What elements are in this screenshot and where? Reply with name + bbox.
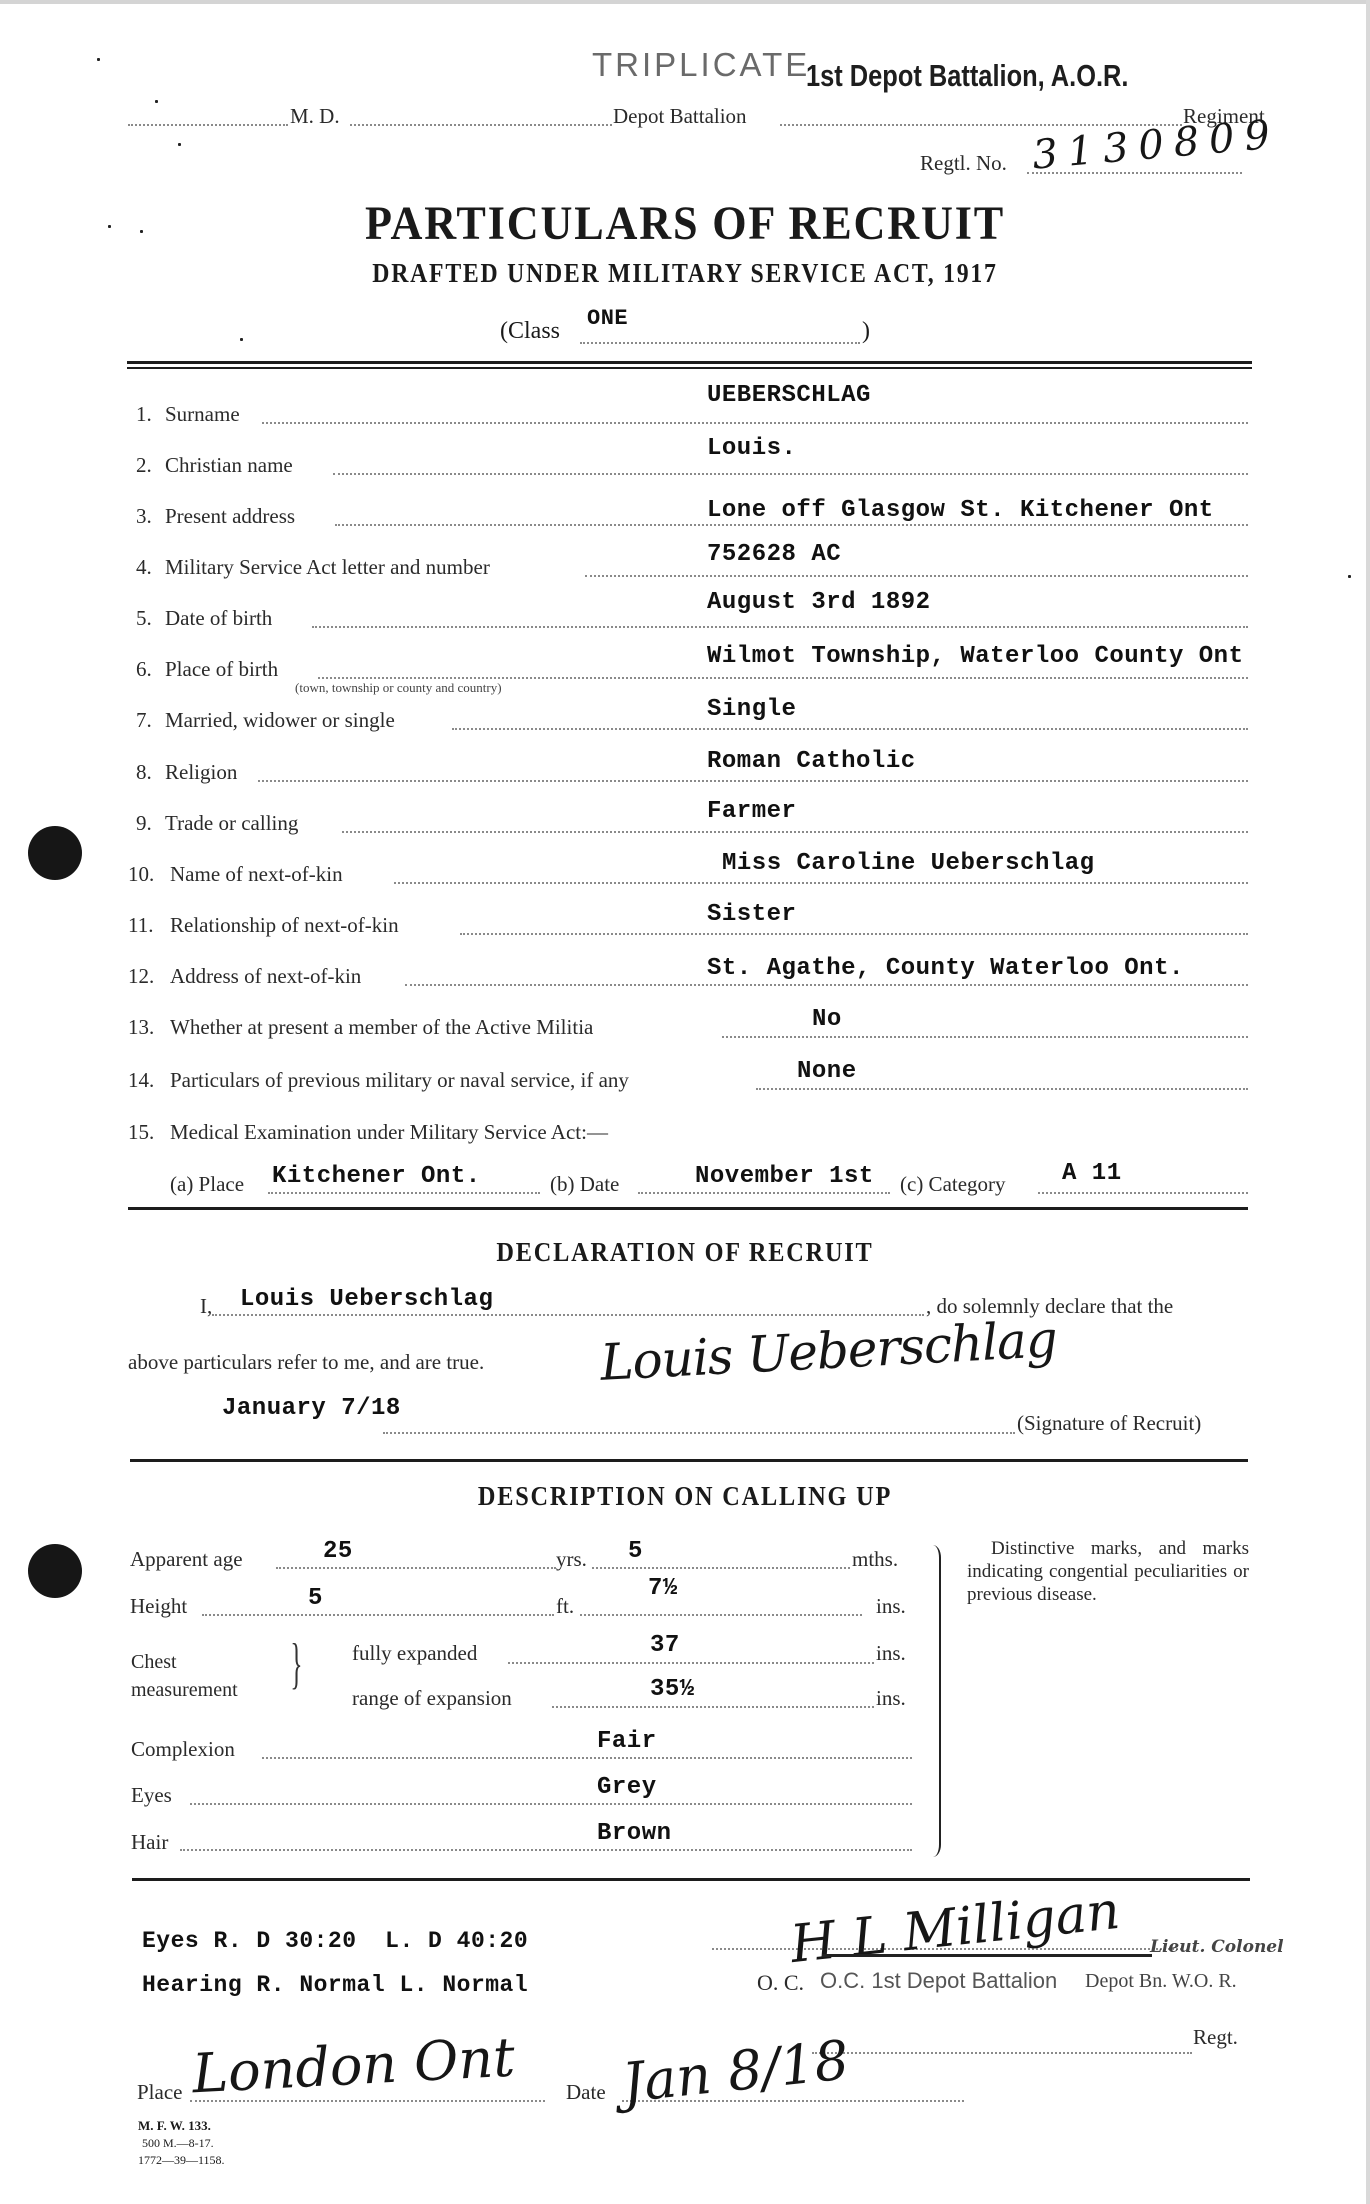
surname-value: UEBERSCHLAG <box>707 382 871 409</box>
range-of-expansion-label: range of expansion <box>352 1686 512 1711</box>
scan-speck <box>155 100 158 103</box>
next-of-kin-relationship-value: Sister <box>707 901 796 928</box>
form-code-line-3: 1772—39—1158. <box>138 2153 225 2168</box>
unit-stamp: 1st Depot Battalion, A.O.R. <box>806 58 1128 94</box>
fully-expanded-ins-label: ins. <box>876 1641 906 1666</box>
next-of-kin-address-dotted-line <box>405 984 1248 986</box>
date-of-birth-label: Date of birth <box>165 606 272 631</box>
range-of-expansion-value: 35½ <box>650 1676 695 1703</box>
complexion-label: Complexion <box>131 1737 235 1762</box>
next-of-kin-name-label: Name of next-of-kin <box>170 862 343 887</box>
religion-value: Roman Catholic <box>707 748 916 775</box>
height-label: Height <box>130 1594 187 1619</box>
oc-stamp: O.C. 1st Depot Battalion <box>820 1968 1057 1994</box>
christian-name-dotted-line <box>333 473 1248 475</box>
trade-dotted-line <box>342 831 1248 833</box>
medical-place-label: (a) Place <box>170 1172 244 1197</box>
punch-hole-upper <box>28 826 82 880</box>
msa-number-value: 752628 AC <box>707 541 841 568</box>
age-years-dotted-line <box>276 1567 556 1569</box>
height-in-dotted-line <box>580 1614 862 1616</box>
row-number: 9. <box>136 811 152 836</box>
msa-number-dotted-line <box>585 575 1248 577</box>
range-of-expansion-dotted-line <box>552 1706 874 1708</box>
ft-label: ft. <box>556 1594 574 1619</box>
row-number: 7. <box>136 708 152 733</box>
medical-place-dotted-line <box>268 1192 540 1194</box>
triplicate-stamp: TRIPLICATE <box>592 46 810 84</box>
hearing-test-value: Hearing R. Normal L. Normal <box>142 1972 528 1998</box>
description-bracket <box>925 1545 941 1857</box>
fully-expanded-value: 37 <box>650 1632 680 1659</box>
present-address-label: Present address <box>165 504 295 529</box>
eyes-test-value: Eyes R. D 30:20 L. D 40:20 <box>142 1928 528 1954</box>
depot-battalion-label: Depot Battalion <box>613 104 747 129</box>
scan-speck <box>240 338 243 341</box>
oc-suffix: Depot Bn. W.O. R. <box>1085 1970 1237 1993</box>
row-number: 11. <box>128 913 153 938</box>
date-of-birth-dotted-line <box>312 626 1248 628</box>
height-ft-dotted-line <box>202 1614 554 1616</box>
next-of-kin-name-value: Miss Caroline Ueberschlag <box>722 850 1095 877</box>
regtl-no-value: 3130809 <box>1030 111 1281 178</box>
row-number: 1. <box>136 402 152 427</box>
complexion-dotted-line <box>262 1757 912 1759</box>
punch-hole-lower <box>28 1544 82 1598</box>
medical-date-dotted-line <box>638 1192 890 1194</box>
next-of-kin-address-value: St. Agathe, County Waterloo Ont. <box>707 955 1184 982</box>
md-depot-dotted-line <box>350 124 612 126</box>
ins-label: ins. <box>876 1594 906 1619</box>
age-months-value: 5 <box>628 1538 643 1565</box>
place-of-birth-label: Place of birth <box>165 657 278 682</box>
religion-label: Religion <box>165 760 237 785</box>
page-right-border <box>1366 0 1370 2204</box>
medical-category-value: A 11 <box>1062 1160 1122 1187</box>
officer-signature-underline <box>822 1954 1152 1957</box>
marital-status-dotted-line <box>452 728 1248 730</box>
page-title: PARTICULARS OF RECRUIT <box>55 196 1315 251</box>
form-code-line-2: 500 M.—8-17. <box>142 2136 214 2151</box>
eyes-dotted-line <box>190 1803 912 1805</box>
active-militia-label: Whether at present a member of the Activ… <box>170 1015 593 1040</box>
marital-status-value: Single <box>707 696 796 723</box>
scan-speck <box>178 143 181 146</box>
header-double-rule-top <box>127 361 1252 364</box>
declaration-heading: DECLARATION OF RECRUIT <box>69 1237 1302 1268</box>
date-of-birth-value: August 3rd 1892 <box>707 589 931 616</box>
recruit-signature: Louis Ueberschlag <box>599 1310 1058 1392</box>
next-of-kin-relationship-label: Relationship of next-of-kin <box>170 913 399 938</box>
signature-dotted-line <box>383 1432 1015 1434</box>
eyes-value: Grey <box>597 1774 657 1801</box>
row-number: 8. <box>136 760 152 785</box>
surname-label: Surname <box>165 402 240 427</box>
regt-label: Regt. <box>1193 2025 1238 2050</box>
msa-number-label: Military Service Act letter and number <box>165 555 490 580</box>
page-top-border <box>0 0 1370 4</box>
distinctive-marks-note: Distinctive marks, and marks indicating … <box>967 1537 1249 1606</box>
surname-dotted-line <box>262 422 1248 424</box>
scan-speck <box>1348 575 1351 578</box>
trade-value: Farmer <box>707 798 796 825</box>
declaration-name-value: Louis Ueberschlag <box>240 1286 493 1313</box>
md-label: M. D. <box>290 104 340 129</box>
md-dotted-line <box>128 124 288 126</box>
measurement-label: measurement <box>131 1679 238 1702</box>
complexion-value: Fair <box>597 1728 657 1755</box>
active-militia-dotted-line <box>722 1036 1248 1038</box>
declaration-above-text: above particulars refer to me, and are t… <box>128 1350 484 1375</box>
previous-service-value: None <box>797 1058 857 1085</box>
page-subtitle: DRAFTED UNDER MILITARY SERVICE ACT, 1917 <box>82 258 1288 289</box>
medical-exam-label: Medical Examination under Military Servi… <box>170 1120 608 1145</box>
religion-dotted-line <box>258 780 1248 782</box>
hair-value: Brown <box>597 1820 672 1847</box>
officer-signature: H L Milligan <box>788 1881 1123 1975</box>
previous-service-label: Particulars of previous military or nava… <box>170 1068 629 1093</box>
declaration-i-label: I, <box>200 1294 212 1319</box>
description-heading: DESCRIPTION ON CALLING UP <box>69 1481 1302 1512</box>
header-double-rule-bottom <box>127 367 1252 369</box>
place-label: Place <box>137 2080 182 2105</box>
age-months-dotted-line <box>592 1567 850 1569</box>
fully-expanded-label: fully expanded <box>352 1641 477 1666</box>
class-dotted-line <box>580 342 860 344</box>
form-code-line-1: M. F. W. 133. <box>138 2118 211 2134</box>
officer-rank: Lieut. Colonel <box>1150 1937 1284 1957</box>
section-rule-footer <box>132 1878 1250 1881</box>
row-number: 13. <box>128 1015 154 1040</box>
present-address-dotted-line <box>335 524 1248 526</box>
height-in-value: 7½ <box>648 1575 678 1602</box>
place-signature-value: London Ont <box>191 2026 517 2106</box>
christian-name-value: Louis. <box>707 435 796 462</box>
previous-service-dotted-line <box>756 1088 1248 1090</box>
class-label: (Class <box>500 318 560 345</box>
medical-date-label: (b) Date <box>550 1172 619 1197</box>
yrs-label: yrs. <box>556 1547 587 1572</box>
medical-date-value: November 1st <box>695 1163 874 1190</box>
row-number: 5. <box>136 606 152 631</box>
next-of-kin-name-dotted-line <box>394 882 1248 884</box>
row-number: 10. <box>128 862 154 887</box>
row-number: 12. <box>128 964 154 989</box>
declaration-name-dotted-line <box>212 1314 924 1316</box>
medical-category-dotted-line <box>1038 1192 1248 1194</box>
oc-label: O. C. <box>757 1970 804 1996</box>
fully-expanded-dotted-line <box>508 1662 874 1664</box>
place-of-birth-dotted-line <box>318 677 1248 679</box>
date-label: Date <box>566 2080 606 2105</box>
age-years-value: 25 <box>323 1538 353 1565</box>
class-value: ONE <box>587 306 628 331</box>
present-address-value: Lone off Glasgow St. Kitchener Ont <box>707 497 1214 524</box>
row-number: 6. <box>136 657 152 682</box>
row-number: 2. <box>136 453 152 478</box>
next-of-kin-address-label: Address of next-of-kin <box>170 964 361 989</box>
scan-speck <box>97 58 100 61</box>
range-ins-label: ins. <box>876 1686 906 1711</box>
declaration-date-value: January 7/18 <box>222 1395 401 1422</box>
height-ft-value: 5 <box>308 1585 323 1612</box>
signature-of-recruit-label: (Signature of Recruit) <box>1017 1411 1201 1436</box>
mths-label: mths. <box>852 1547 898 1572</box>
chest-brace: } <box>290 1636 302 1692</box>
christian-name-label: Christian name <box>165 453 293 478</box>
next-of-kin-relationship-dotted-line <box>460 933 1248 935</box>
marital-status-label: Married, widower or single <box>165 708 395 733</box>
regtl-no-label: Regtl. No. <box>920 151 1007 176</box>
medical-category-label: (c) Category <box>900 1172 1006 1197</box>
active-militia-value: No <box>812 1006 842 1033</box>
hair-label: Hair <box>131 1830 168 1855</box>
apparent-age-label: Apparent age <box>130 1547 243 1572</box>
trade-label: Trade or calling <box>165 811 298 836</box>
eyes-label: Eyes <box>131 1783 172 1808</box>
medical-place-value: Kitchener Ont. <box>272 1163 481 1190</box>
regt-dotted-line <box>812 2052 1192 2054</box>
row-number: 3. <box>136 504 152 529</box>
place-of-birth-value: Wilmot Township, Waterloo County Ont <box>707 643 1243 670</box>
place-of-birth-sublabel: (town, township or county and country) <box>295 680 502 696</box>
class-close: ) <box>862 318 870 345</box>
section-rule-description <box>130 1459 1248 1462</box>
row-number: 4. <box>136 555 152 580</box>
row-number: 15. <box>128 1120 154 1145</box>
chest-label: Chest <box>131 1651 177 1674</box>
section-rule-declaration <box>128 1207 1248 1210</box>
row-number: 14. <box>128 1068 154 1093</box>
hair-dotted-line <box>180 1849 912 1851</box>
